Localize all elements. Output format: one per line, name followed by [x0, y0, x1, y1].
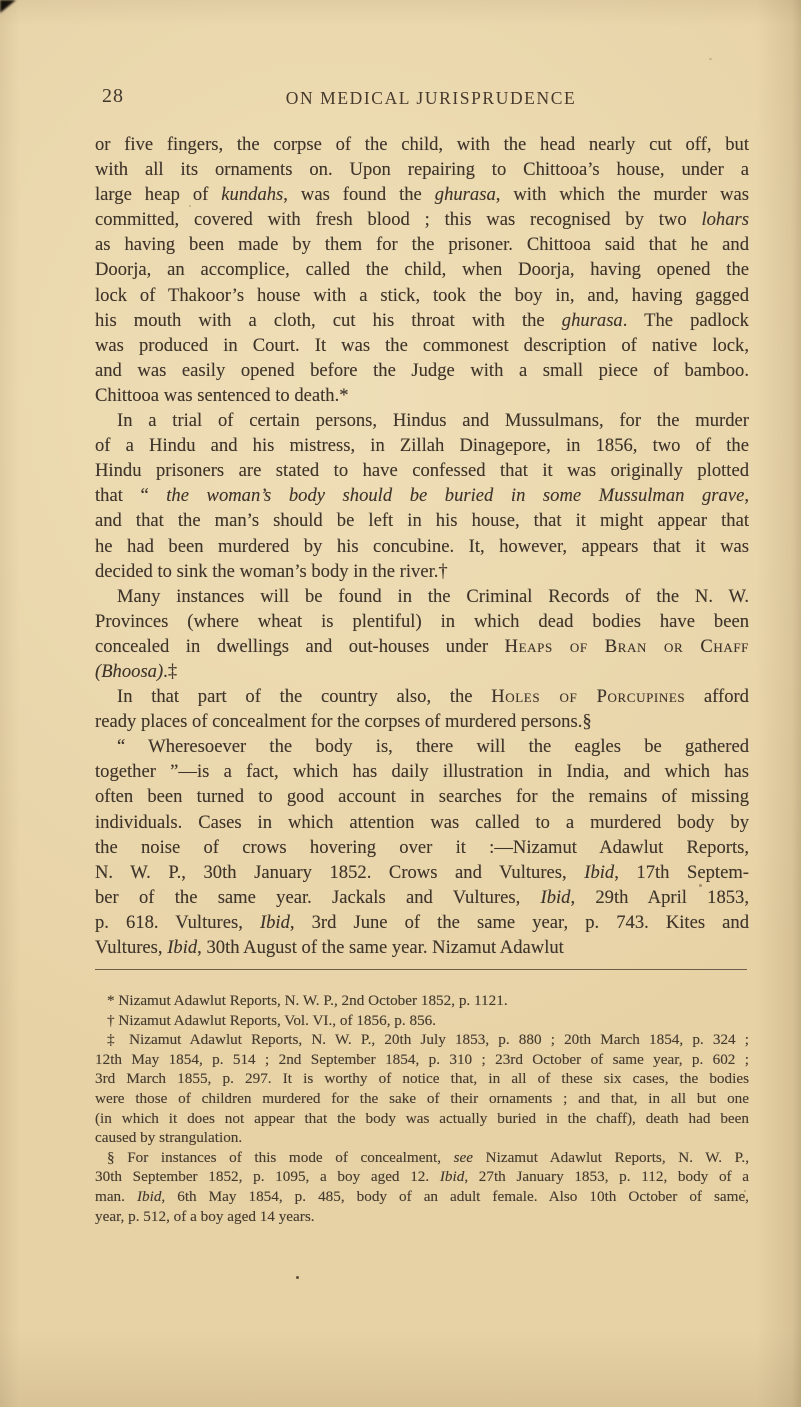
paper-speck: [744, 1190, 746, 1192]
text-line: year, p. 512, of a boy aged 14 years.: [95, 1207, 749, 1227]
body-paragraph-3: Many instances will be found in the Crim…: [95, 584, 749, 684]
text-line: In that part of the country also, the Ho…: [95, 684, 749, 709]
scan-corner-shadow: [0, 0, 16, 13]
text-segment: “ Wheresoever the body is, there will th…: [117, 736, 749, 757]
running-title: ON MEDICAL JURISPRUDENCE: [286, 88, 577, 109]
footnote-3: ‡ Nizamut Adawlut Reports, N. W. P., 20t…: [95, 1030, 749, 1148]
text-line: large heap of kundahs, was found the ghu…: [95, 182, 749, 207]
text-line: § For instances of this mode of concealm…: [95, 1148, 749, 1168]
text-segment: In a trial of certain persons, Hindus an…: [117, 410, 749, 431]
text-segment: large heap of: [95, 184, 221, 205]
footnote-2: † Nizamut Adawlut Reports, Vol. VI., of …: [95, 1011, 749, 1031]
text-segment: and was easily opened before the Judge w…: [95, 360, 749, 381]
text-segment: ,: [744, 485, 749, 506]
text-segment: that “: [95, 485, 166, 506]
text-segment: afford: [685, 686, 749, 707]
text-segment: man.: [95, 1188, 137, 1205]
italic-text: ghurasa: [435, 184, 496, 205]
text-segment: Doorja, an accomplice, called the child,…: [95, 259, 749, 280]
text-segment: 3rd March 1855, p. 297. It is worthy of …: [95, 1070, 749, 1087]
text-segment: or five fingers, the corpse of the child…: [95, 134, 749, 155]
text-line: (Bhoosa).‡: [95, 659, 749, 684]
italic-text: ghurasa: [562, 310, 623, 331]
text-segment: 30th September 1852, p. 1095, a boy aged…: [95, 1168, 440, 1185]
text-segment: of a Hindu and his mistress, in Zillah D…: [95, 435, 749, 456]
text-segment: p. 618. Vultures,: [95, 912, 260, 933]
text-segment: § For instances of this mode of concealm…: [107, 1149, 454, 1166]
text-segment: , 6th May 1854, p. 485, body of an adult…: [161, 1188, 749, 1205]
text-line: or five fingers, the corpse of the child…: [95, 132, 749, 157]
text-line: committed, covered with fresh blood ; th…: [95, 207, 749, 232]
text-segment: often been turned to good account in sea…: [95, 786, 749, 807]
body-paragraph-2: In a trial of certain persons, Hindus an…: [95, 408, 749, 584]
text-segment: he had been murdered by his concubine. I…: [95, 536, 749, 557]
italic-text: Ibid: [541, 887, 571, 908]
text-line: Hindu prisoners are stated to have confe…: [95, 458, 749, 483]
text-line: Vultures, Ibid, 30th August of the same …: [95, 935, 749, 960]
text-line: 3rd March 1855, p. 297. It is worthy of …: [95, 1069, 749, 1089]
text-line: was produced in Court. It was the common…: [95, 333, 749, 358]
text-segment: , 30th August of the same year. Nizamut …: [197, 937, 564, 958]
text-segment: Hindu prisoners are stated to have confe…: [95, 460, 749, 481]
footnote-separator-rule: [95, 969, 747, 970]
text-line: concealed in dwellings and out-houses un…: [95, 634, 749, 659]
text-line: the noise of crows hovering over it :—Ni…: [95, 835, 749, 860]
text-segment: . The padlock: [623, 310, 749, 331]
text-segment: and that the man’s should be left in his…: [95, 510, 749, 531]
text-segment: Nizamut Adawlut Reports, N. W. P.,: [473, 1149, 749, 1166]
text-line: with all its ornaments on. Upon repairin…: [95, 157, 749, 182]
text-segment: was produced in Court. It was the common…: [95, 335, 749, 356]
text-line: † Nizamut Adawlut Reports, Vol. VI., of …: [95, 1011, 749, 1031]
small-caps-text: Holes of Porcupines: [491, 686, 685, 707]
text-segment: In that part of the country also, the: [117, 686, 491, 707]
text-segment: * Nizamut Adawlut Reports, N. W. P., 2nd…: [107, 992, 508, 1009]
text-line: Doorja, an accomplice, called the child,…: [95, 257, 749, 282]
text-segment: ‡ Nizamut Adawlut Reports, N. W. P., 20t…: [107, 1031, 749, 1048]
text-segment: , with which the murder was: [496, 184, 749, 205]
text-segment: Many instances will be found in the Crim…: [117, 586, 749, 607]
text-line: man. Ibid, 6th May 1854, p. 485, body of…: [95, 1187, 749, 1207]
paper-speck: [189, 205, 191, 207]
text-line: decided to sink the woman’s body in the …: [95, 559, 749, 584]
text-line: that “ the woman’s body should be buried…: [95, 483, 749, 508]
text-line: lock of Thakoor’s house with a stick, to…: [95, 283, 749, 308]
page-number: 28: [102, 85, 124, 108]
text-segment: year, p. 512, of a boy aged 14 years.: [95, 1208, 315, 1225]
page-header: 28 ON MEDICAL JURISPRUDENCE: [95, 85, 749, 117]
paper-speck: [709, 58, 712, 60]
text-segment: (in which it does not appear that the bo…: [95, 1110, 749, 1127]
text-segment: caused by strangulation.: [95, 1129, 242, 1146]
text-segment: , was found the: [283, 184, 435, 205]
text-line: and was easily opened before the Judge w…: [95, 358, 749, 383]
text-line: individuals. Cases in which attention wa…: [95, 810, 749, 835]
italic-text: Ibid: [137, 1188, 161, 1205]
footnote-4: § For instances of this mode of concealm…: [95, 1148, 749, 1226]
body-paragraph-5: “ Wheresoever the body is, there will th…: [95, 734, 749, 960]
text-line: N. W. P., 30th January 1852. Crows and V…: [95, 860, 749, 885]
text-segment: concealed in dwellings and out-houses un…: [95, 636, 505, 657]
body-paragraph-1: or five fingers, the corpse of the child…: [95, 132, 749, 408]
text-segment: N. W. P., 30th January 1852. Crows and V…: [95, 862, 584, 883]
text-line: * Nizamut Adawlut Reports, N. W. P., 2nd…: [95, 991, 749, 1011]
text-segment: Chittooa was sentenced to death.*: [95, 385, 349, 406]
text-segment: ber of the same year. Jackals and Vultur…: [95, 887, 541, 908]
text-segment: individuals. Cases in which attention wa…: [95, 812, 749, 833]
paper-speck: [296, 1276, 299, 1279]
text-line: 30th September 1852, p. 1095, a boy aged…: [95, 1167, 749, 1187]
text-line: and that the man’s should be left in his…: [95, 508, 749, 533]
text-segment: , 27th January 1853, p. 112, body of a: [464, 1168, 749, 1185]
text-segment: as having been made by them for the pris…: [95, 234, 749, 255]
italic-text: (Bhoosa): [95, 661, 163, 682]
text-segment: were those of children murdered for the …: [95, 1090, 749, 1107]
text-line: 12th May 1854, p. 514 ; 2nd September 18…: [95, 1050, 749, 1070]
text-segment: decided to sink the woman’s body in the …: [95, 561, 448, 582]
text-segment: his mouth with a cloth, cut his throat w…: [95, 310, 562, 331]
italic-text: lohars: [701, 209, 749, 230]
text-segment: † Nizamut Adawlut Reports, Vol. VI., of …: [107, 1012, 436, 1029]
text-segment: the noise of crows hovering over it :—Ni…: [95, 837, 749, 858]
body-paragraph-4: In that part of the country also, the Ho…: [95, 684, 749, 734]
italic-text: Ibid: [260, 912, 290, 933]
text-line: often been turned to good account in sea…: [95, 784, 749, 809]
italic-text: Ibid: [584, 862, 614, 883]
footnotes-block: * Nizamut Adawlut Reports, N. W. P., 2nd…: [95, 991, 749, 1226]
italic-text: the woman’s body should be buried in som…: [166, 485, 744, 506]
text-line: ber of the same year. Jackals and Vultur…: [95, 885, 749, 910]
text-segment: lock of Thakoor’s house with a stick, to…: [95, 285, 749, 306]
italic-text: see: [454, 1149, 473, 1166]
text-line: ready places of concealment for the corp…: [95, 709, 749, 734]
text-line: In a trial of certain persons, Hindus an…: [95, 408, 749, 433]
text-segment: , 3rd June of the same year, p. 743. Kit…: [290, 912, 749, 933]
text-line: his mouth with a cloth, cut his throat w…: [95, 308, 749, 333]
text-segment: Vultures,: [95, 937, 167, 958]
text-segment: together ”—is a fact, which has daily il…: [95, 761, 749, 782]
text-segment: ready places of concealment for the corp…: [95, 711, 592, 732]
italic-text: kundahs: [221, 184, 283, 205]
text-segment: with all its ornaments on. Upon repairin…: [95, 159, 749, 180]
text-line: of a Hindu and his mistress, in Zillah D…: [95, 433, 749, 458]
text-line: were those of children murdered for the …: [95, 1089, 749, 1109]
footnote-1: * Nizamut Adawlut Reports, N. W. P., 2nd…: [95, 991, 749, 1011]
paper-speck: [699, 884, 702, 887]
text-segment: .‡: [163, 661, 177, 682]
text-line: as having been made by them for the pris…: [95, 232, 749, 257]
text-line: Many instances will be found in the Crim…: [95, 584, 749, 609]
page-body-text: or five fingers, the corpse of the child…: [95, 132, 749, 960]
text-line: p. 618. Vultures, Ibid, 3rd June of the …: [95, 910, 749, 935]
text-line: Chittooa was sentenced to death.*: [95, 383, 749, 408]
book-page-scan: 28 ON MEDICAL JURISPRUDENCE or five fing…: [0, 0, 801, 1407]
text-line: Provinces (where wheat is plentiful) in …: [95, 609, 749, 634]
italic-text: Ibid: [440, 1168, 464, 1185]
text-line: ‡ Nizamut Adawlut Reports, N. W. P., 20t…: [95, 1030, 749, 1050]
text-line: he had been murdered by his concubine. I…: [95, 534, 749, 559]
text-line: caused by strangulation.: [95, 1128, 749, 1148]
text-segment: , 29th April 1853,: [570, 887, 749, 908]
text-line: (in which it does not appear that the bo…: [95, 1109, 749, 1129]
italic-text: Ibid: [167, 937, 197, 958]
text-segment: 12th May 1854, p. 514 ; 2nd September 18…: [95, 1051, 749, 1068]
text-line: “ Wheresoever the body is, there will th…: [95, 734, 749, 759]
text-segment: , 17th Septem-: [614, 862, 749, 883]
text-line: together ”—is a fact, which has daily il…: [95, 759, 749, 784]
text-segment: Provinces (where wheat is plentiful) in …: [95, 611, 749, 632]
small-caps-text: Heaps of Bran or Chaff: [505, 636, 749, 657]
text-segment: committed, covered with fresh blood ; th…: [95, 209, 701, 230]
